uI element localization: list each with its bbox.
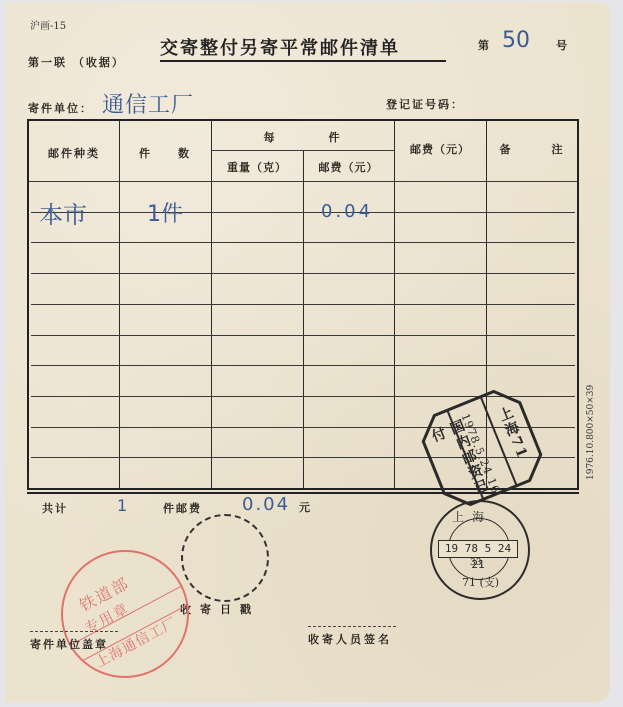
form-code: 沪画-15 (30, 17, 66, 32)
header-postage-total: 邮费（元） (394, 141, 486, 157)
header-weight: 重量（克） (211, 159, 303, 175)
receiver-signature-rule (308, 626, 396, 627)
fee-value: 0.04 (242, 494, 290, 515)
postmark-date: 19 78 5 24 21 (438, 540, 518, 558)
sender-label: 寄件单位： (28, 100, 93, 116)
header-count: 件 数 (119, 145, 211, 161)
header-rule (29, 181, 577, 182)
number-prefix: 第 (478, 37, 489, 53)
total-label: 共计 (42, 500, 68, 516)
header-remarks: 备 注 (486, 141, 578, 157)
header-per-item: 每 件 (211, 129, 394, 145)
postmark-office: 71 (支) (462, 574, 499, 590)
row-rule (31, 304, 575, 305)
form-number: 50 (502, 28, 530, 53)
postmark-city: 上海 (452, 508, 492, 525)
print-spec: 1976.10.800×50×39 (586, 385, 596, 480)
fee-label: 件邮费 (163, 500, 202, 516)
sender-red-seal: 铁道部 专用章 上海通信工厂 (61, 550, 189, 678)
row-rule (31, 335, 575, 336)
date-stamp-area (181, 514, 269, 602)
row-1-postage-each: 0.04 (321, 201, 373, 222)
header-mail-type: 邮件种类 (29, 145, 119, 161)
row-rule (31, 242, 575, 243)
sender-seal-rule (30, 631, 118, 632)
postmark: 上海 19 78 5 24 21 33 71 (支) (430, 500, 530, 600)
row-rule (31, 365, 575, 366)
date-stamp-label: 收寄日戳 (180, 601, 260, 617)
number-suffix: 号 (556, 37, 567, 53)
form-title: 交寄整付另寄平常邮件清单 (160, 34, 400, 60)
receiver-signature-label: 收寄人员签名 (308, 631, 392, 647)
sender-seal-label: 寄件单位盖章 (30, 636, 108, 652)
row-rule (31, 212, 575, 213)
header-postage-each: 邮费（元） (303, 159, 394, 175)
row-rule (31, 273, 575, 274)
copy-label: 第一联 （收据） (28, 54, 125, 70)
registration-label: 登记证号码： (386, 96, 464, 112)
postmark-sub: 33 (470, 558, 481, 568)
row-1-mail-type: 本市 (39, 195, 87, 230)
title-underline (160, 60, 446, 62)
sender-value: 通信工厂 (102, 88, 194, 119)
fee-unit: 元 (299, 499, 310, 515)
total-count: 1 (117, 496, 127, 515)
row-1-count: 1件 (147, 197, 183, 228)
